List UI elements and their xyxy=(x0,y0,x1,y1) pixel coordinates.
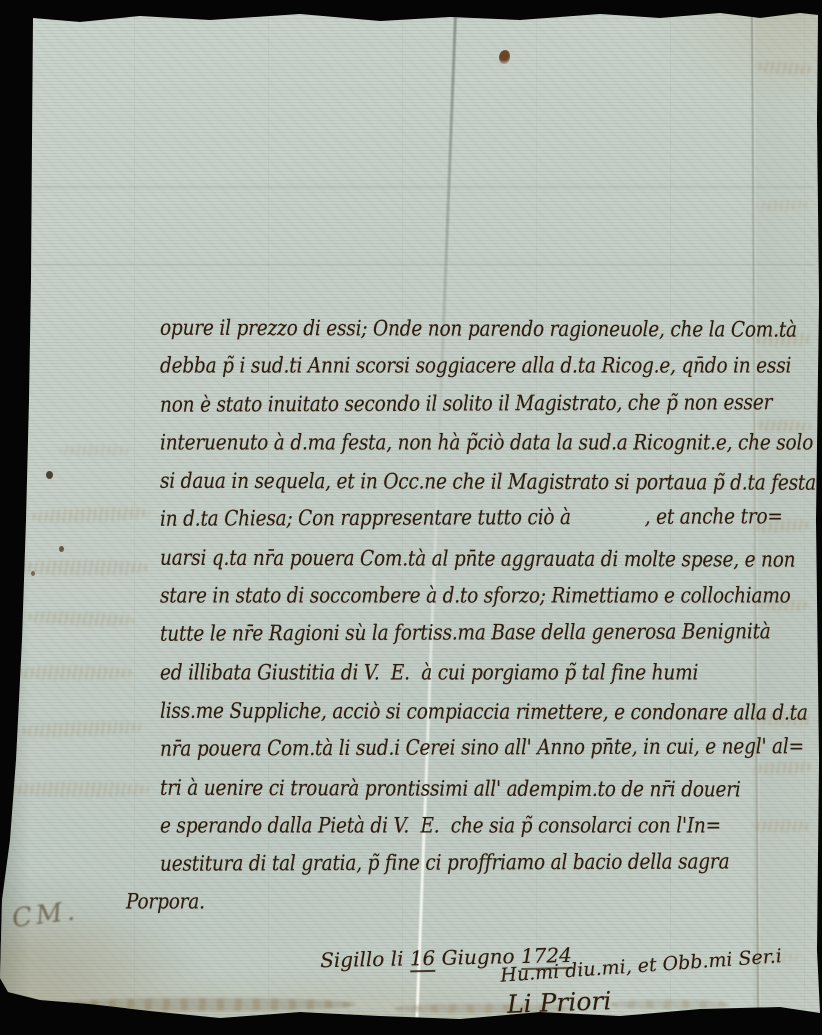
manuscript-line: ed illibata Giustitia di V. E. à cui por… xyxy=(160,652,760,696)
ink-showthrough xyxy=(18,720,144,738)
manuscript-scan-background: opure il prezzo di essi; Onde non parend… xyxy=(0,0,822,1035)
horizontal-crease xyxy=(33,186,815,188)
edge-grime xyxy=(610,1000,730,1009)
manuscript-line: nr̄a pouera Com.tà li sud.i Cerei sino a… xyxy=(160,726,760,772)
dateline-place-prefix: Sigillo li xyxy=(320,946,410,972)
manuscript-line: Porpora. xyxy=(126,882,760,926)
ink-speck xyxy=(59,546,64,552)
manuscript-line: tutte le nr̄e Ragioni sù la fortiss.ma B… xyxy=(160,611,760,657)
ink-showthrough xyxy=(28,506,150,524)
ink-showthrough xyxy=(24,610,134,627)
ink-showthrough xyxy=(8,782,150,797)
letter-page: opure il prezzo di essi; Onde non parend… xyxy=(0,0,822,1035)
manuscript-line: non è stato inuitato secondo il solito i… xyxy=(160,381,760,427)
ink-stain xyxy=(499,50,510,64)
ink-showthrough xyxy=(752,820,812,832)
manuscript-line: in d.ta Chiesa; Con rappresentare tutto … xyxy=(160,496,760,542)
marginalia-scribble: CM. xyxy=(10,896,80,934)
closing-signature: Li Priori xyxy=(507,986,612,1019)
ink-showthrough xyxy=(14,666,134,680)
dateline-day: 16 xyxy=(410,946,436,973)
dateline: Sigillo li 16 Giugno 1724 xyxy=(281,919,572,997)
ink-showthrough xyxy=(60,445,130,456)
letter-body: opure il prezzo di essi; Onde non parend… xyxy=(160,310,760,923)
ink-speck xyxy=(46,471,53,479)
ink-showthrough xyxy=(18,560,150,575)
horizontal-crease xyxy=(33,264,815,266)
edge-grime xyxy=(55,998,355,1011)
